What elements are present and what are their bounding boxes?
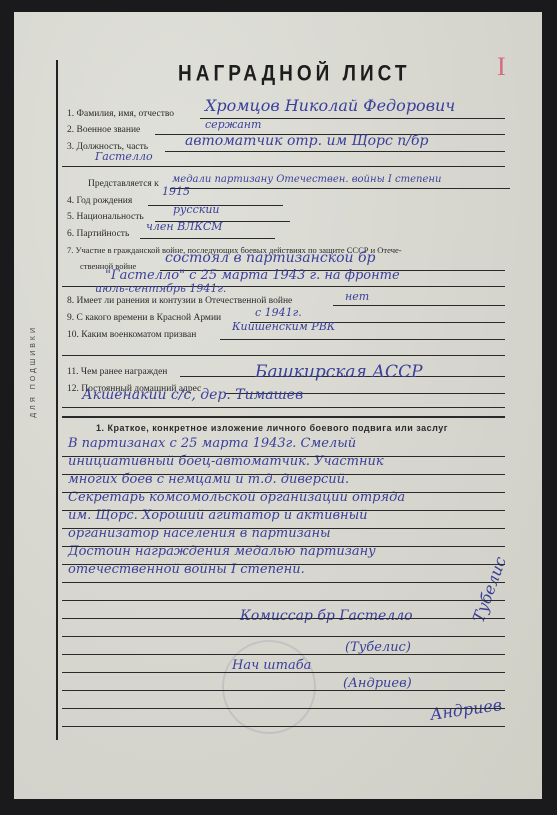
rule (62, 510, 505, 511)
rule (62, 546, 505, 547)
field-value-nationality: русский (173, 203, 219, 216)
rule (62, 474, 505, 475)
field-value-war-participation: состоял в партизанской бр (165, 250, 375, 266)
corner-mark: I (497, 52, 506, 82)
rule (62, 600, 505, 601)
field-value-home-address: Башкирская АССР (255, 362, 423, 382)
field-value-army-since: с 1941г. (255, 306, 302, 319)
field-label-conscription-office: 10. Каким военкоматом призван (67, 330, 196, 340)
field-value-home-address-2: Акшенакии с/с, дер. Тимашев (82, 387, 303, 403)
field-value-position-unit: Гастелло (95, 150, 153, 163)
binding-margin-note: ДЛЯ ПОДШИВКИ (30, 325, 50, 418)
field-label-birth-year: 4. Год рождения (67, 196, 132, 206)
rule (220, 339, 505, 340)
rule (62, 456, 505, 457)
signature-commissar-name: (Тубелис) (345, 640, 411, 655)
field-value-wounds: нет (345, 290, 369, 303)
rule (170, 188, 510, 189)
signature-commissar-title: Комиссар бр Гастелло (240, 608, 413, 624)
rule (62, 618, 505, 619)
rule (62, 355, 505, 356)
field-value-position: автоматчик отр. им Щорс п/бр (185, 133, 429, 149)
field-label-rank: 2. Военное звание (67, 125, 140, 135)
field-label-army-since: 9. С какого времени в Красной Армии (67, 313, 221, 323)
rule (62, 582, 505, 583)
rule (62, 708, 505, 709)
field-label-prior-awards: 11. Чем ранее награжден (67, 367, 167, 377)
narrative-line: В партизанах с 25 марта 1943г. Смелый (68, 436, 356, 451)
rule (62, 654, 505, 655)
rule (62, 726, 505, 727)
page-title: НАГРАДНОЙ ЛИСТ (178, 62, 410, 87)
signature-chief-name: (Андриев) (343, 676, 412, 691)
field-label-presented: Представляется к (88, 179, 159, 189)
rule (62, 672, 505, 673)
field-value-name: Хромцов Николай Федорович (205, 96, 455, 115)
field-value-party: член ВЛКСМ (146, 220, 223, 233)
rule (62, 166, 505, 167)
field-value-rank: сержант (205, 118, 261, 131)
rule (62, 407, 505, 408)
rule (62, 528, 505, 529)
signature-chief-title: Нач штаба (232, 658, 311, 673)
field-label-wounds: 8. Имеет ли ранения и контузии в Отечест… (67, 296, 292, 306)
rule (62, 564, 505, 565)
binding-margin-line (56, 60, 58, 740)
field-label-party: 6. Партийность (67, 229, 129, 239)
field-value-presented: медали партизану Отечествен. войны I сте… (172, 174, 441, 185)
field-value-war-participation-2: "Гастелло" с 25 марта 1943 г. на фронте (105, 268, 400, 283)
rule (62, 636, 505, 637)
section-heading: 1. Краткое, конкретное изложение личного… (96, 423, 448, 433)
rule (62, 492, 505, 493)
field-label-nationality: 5. Национальность (67, 212, 144, 222)
rule (62, 690, 505, 691)
rule (140, 238, 275, 239)
section-divider (62, 416, 505, 418)
field-label-name: 1. Фамилия, имя, отчество (67, 109, 174, 119)
field-value-birth-year: 1915 (162, 185, 190, 198)
rule (333, 305, 505, 306)
field-value-conscription-office: Киишенским РВК (232, 320, 335, 333)
field-value-war-participation-3: июль-сентябрь 1941г. (95, 282, 226, 295)
rule (165, 151, 505, 152)
